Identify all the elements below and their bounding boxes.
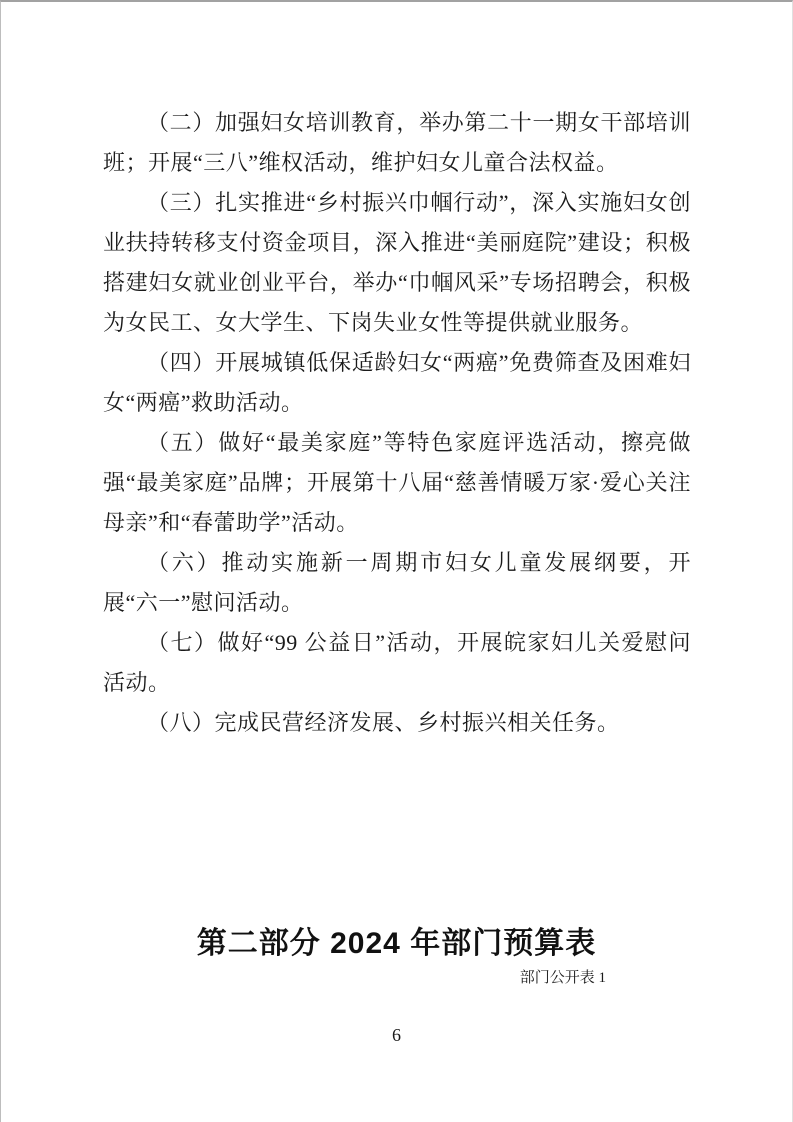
page-number: 6: [1, 1024, 792, 1046]
paragraph-item-3: （三）扎实推进“乡村振兴巾帼行动”，深入实施妇女创业扶持转移支付资金项目，深入推…: [103, 183, 691, 343]
paragraph-item-4: （四）开展城镇低保适龄妇女“两癌”免费筛查及困难妇女“两癌”救助活动。: [103, 343, 691, 423]
paragraph-item-2: （二）加强妇女培训教育，举办第二十一期女干部培训班；开展“三八”维权活动，维护妇…: [103, 103, 691, 183]
paragraph-item-7: （七）做好“99 公益日”活动，开展皖家妇儿关爱慰问活动。: [103, 623, 691, 703]
paragraph-item-5: （五）做好“最美家庭”等特色家庭评选活动，擦亮做强“最美家庭”品牌；开展第十八届…: [103, 423, 691, 543]
section-heading: 第二部分 2024 年部门预算表: [1, 926, 792, 962]
paragraph-item-8: （八）完成民营经济发展、乡村振兴相关任务。: [103, 703, 691, 743]
document-body: （二）加强妇女培训教育，举办第二十一期女干部培训班；开展“三八”维权活动，维护妇…: [103, 103, 691, 743]
document-page: （二）加强妇女培训教育，举办第二十一期女干部培训班；开展“三八”维权活动，维护妇…: [0, 0, 793, 1122]
paragraph-item-6: （六）推动实施新一周期市妇女儿童发展纲要，开展“六一”慰问活动。: [103, 543, 691, 623]
table-label: 部门公开表 1: [520, 968, 606, 988]
